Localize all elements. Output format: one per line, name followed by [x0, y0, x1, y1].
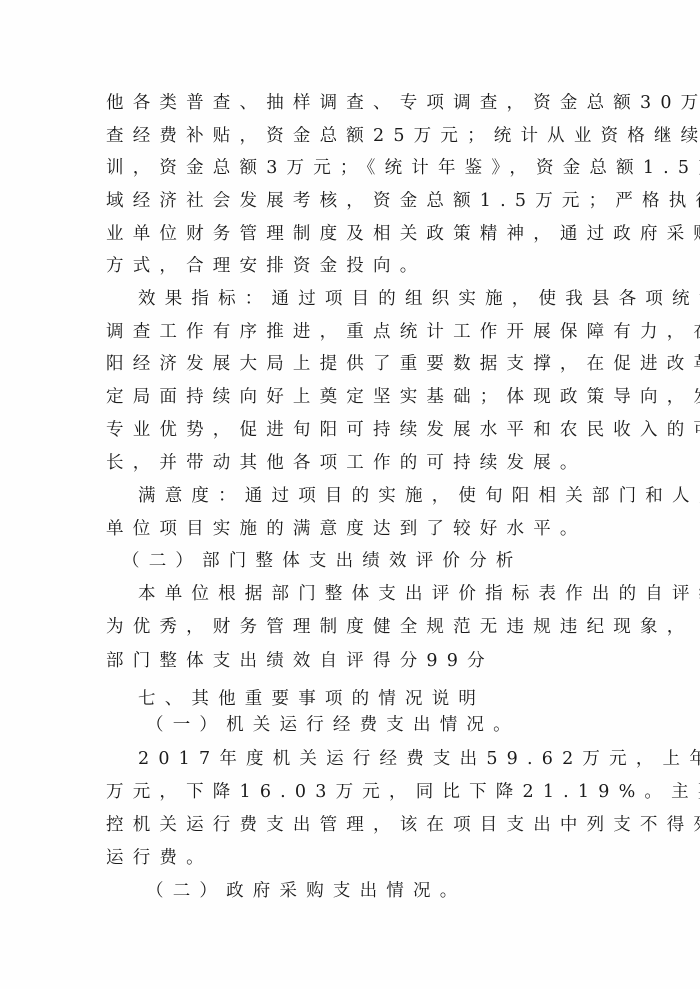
funding-details-line-4: 域经济社会发展考核，资金总额1.5万元；严格执行行政事	[106, 189, 700, 213]
effect-indicators-line-1: 效果指标：通过项目的组织实施，使我县各项统计日常	[138, 287, 700, 311]
effect-indicators-line-2: 调查工作有序推进，重点统计工作开展保障有力，在服务旬	[106, 320, 700, 344]
effect-indicators-line-6: 长，并带动其他各项工作的可持续发展。	[106, 451, 587, 475]
operating-costs-line-1: 2017年度机关运行经费支出59.62万元，上年度75.65	[138, 747, 700, 771]
funding-details-line-2: 查经费补贴，资金总额25万元；统计从业资格继续教育培	[106, 124, 700, 148]
funding-details-line-3: 训，资金总额3万元；《统计年鉴》，资金总额1.5万元；县	[106, 156, 700, 180]
funding-details-line-1: 他各类普查、抽样调查、专项调查，资金总额30万元；调	[106, 91, 700, 115]
operating-costs-line-3: 控机关运行费支出管理，该在项目支出中列支不得列入机关	[106, 813, 700, 837]
heading-overall-eval: （二）部门整体支出绩效评价分析	[122, 549, 523, 573]
funding-details-line-6: 方式，合理安排资金投向。	[106, 254, 426, 278]
satisfaction-line-2: 单位项目实施的满意度达到了较好水平。	[106, 517, 587, 541]
effect-indicators-line-3: 阳经济发展大局上提供了重要数据支撑，在促进改革发展稳	[106, 352, 700, 376]
satisfaction-line-1: 满意度：通过项目的实施，使旬阳相关部门和人员对本	[138, 484, 700, 508]
operating-costs-line-4: 运行费。	[106, 846, 213, 870]
heading-section-7: 七、其他重要事项的情况说明	[138, 687, 485, 711]
overall-eval-line-1: 本单位根据部门整体支出评价指标表作出的自评结果	[138, 582, 700, 606]
effect-indicators-line-4: 定局面持续向好上奠定坚实基础；体现政策导向，发挥统计	[106, 385, 700, 409]
heading-operating-costs: （一）机关运行经费支出情况。	[146, 713, 520, 737]
overall-eval-line-2: 为优秀，财务管理制度健全规范无违规违纪现象， 2017年	[106, 615, 700, 639]
funding-details-line-5: 业单位财务管理制度及相关政策精神，通过政府采购等多种	[106, 222, 700, 246]
document-page: 他各类普查、抽样调查、专项调查，资金总额30万元；调 查经费补贴，资金总额25万…	[0, 0, 700, 989]
overall-eval-line-3: 部门整体支出绩效自评得分99分	[106, 649, 494, 673]
operating-costs-line-2: 万元，下降16.03万元，同比下降21.19%。主要是本年度严	[106, 780, 700, 804]
effect-indicators-line-5: 专业优势，促进旬阳可持续发展水平和农民收入的可持续拉	[106, 418, 700, 442]
heading-gov-procurement: （二）政府采购支出情况。	[146, 879, 466, 903]
